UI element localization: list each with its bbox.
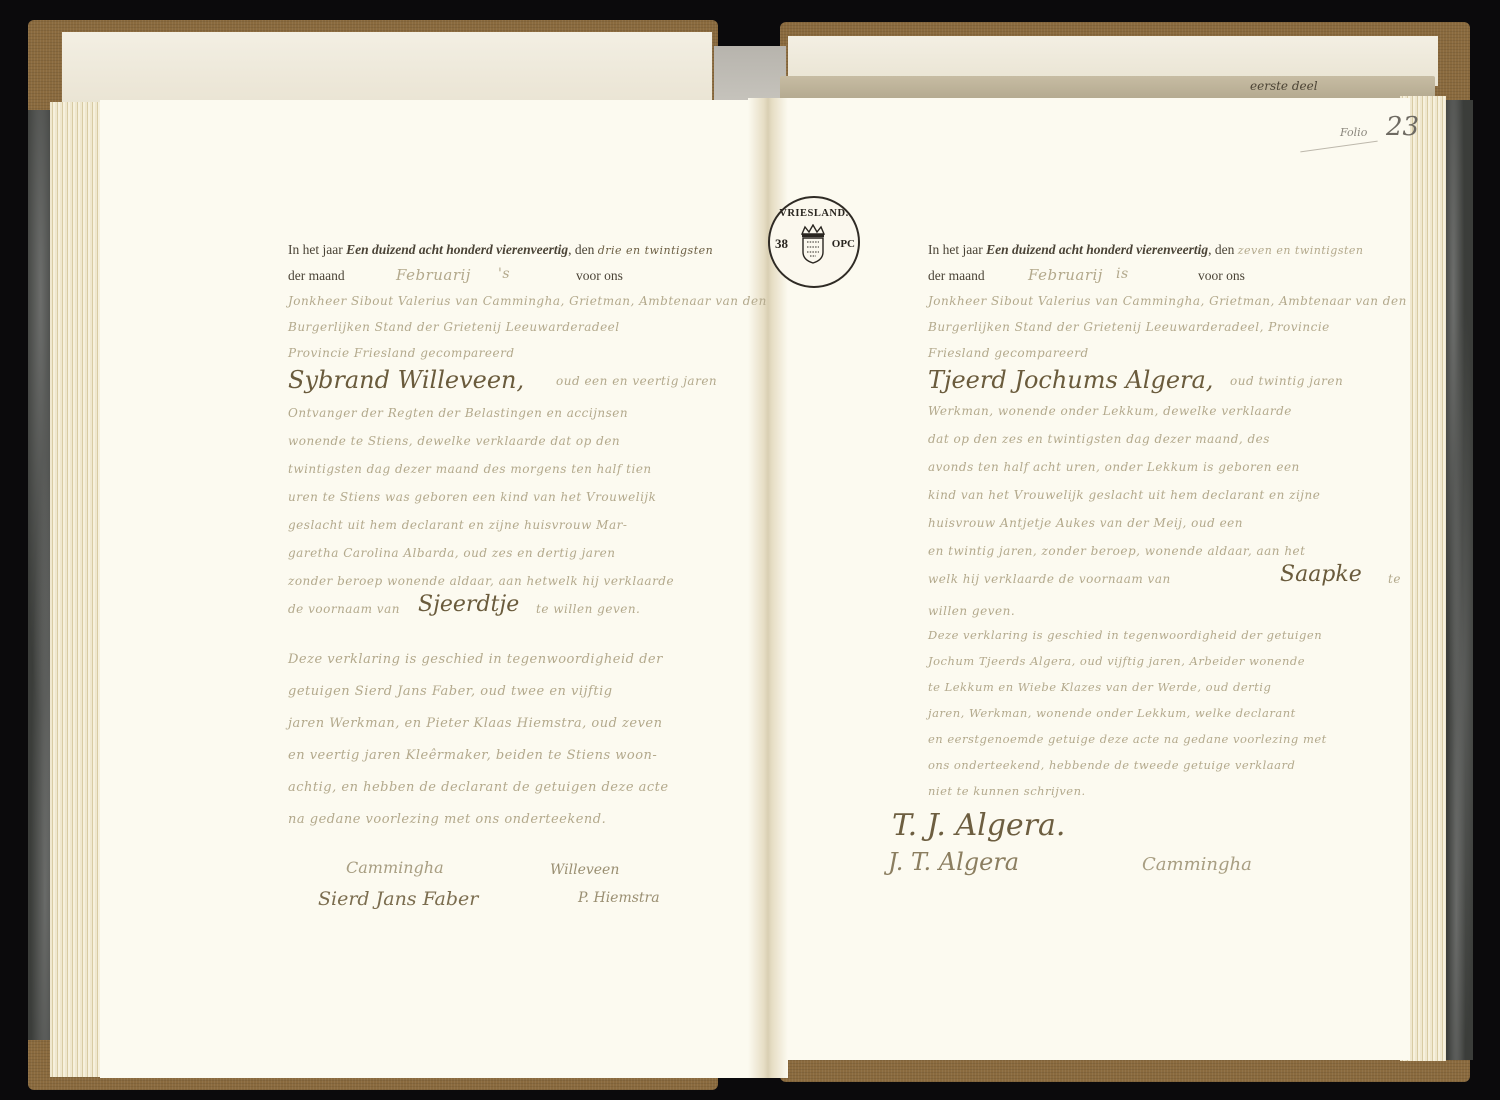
printed-text: In het jaar [928,242,983,257]
hand-date-day: drie en twintigsten [598,244,714,257]
tax-stamp: VRIESLAND. 38 OPC [768,196,860,288]
body-line: kind van het Vrouwelijk geslacht uit hem… [928,488,1320,502]
body-line: oud twintig jaren [1230,374,1343,388]
witness-line: getuigen Sierd Jans Faber, oud twee en v… [288,684,613,699]
body-line: wonende te Stiens, dewelke verklaarde da… [288,434,620,448]
body-tail: willen geven. [928,604,1015,618]
witness-line: en eerstgenoemde getuige deze acte na ge… [928,732,1327,746]
body-line: uren te Stiens was geboren een kind van … [288,490,656,504]
printed-text: der maand [928,268,985,283]
hand-date-day: zeven en twintigsten [1238,244,1364,257]
printed-voor-ons: voor ons [1198,268,1245,284]
body-line: oud een en veertig jaren [556,374,717,388]
hand-month: Februarij [396,266,471,284]
hand-line: Jonkheer Sibout Valerius van Cammingha, … [288,294,767,308]
declarant-name: Sybrand Willeveen, [288,366,524,394]
printed-year: Een duizend acht honderd vierenveertig [986,242,1208,257]
signature-registrar: Cammingha [346,858,444,877]
marbled-endpaper-right [1445,100,1473,1060]
signature-declarant: T. J. Algera. [892,808,1065,843]
witness-line: ons onderteekend, hebbende de tweede get… [928,758,1295,772]
signature-witness: J. T. Algera [888,848,1019,876]
right-header-line: In het jaar Een duizend acht honderd vie… [928,242,1364,258]
folio-number: 23 [1386,112,1419,142]
printed-year: Een duizend acht honderd vierenveertig [346,242,568,257]
declarant-name: Tjeerd Jochums Algera, [928,366,1213,394]
signature-witness-2: P. Hiemstra [578,890,660,906]
hand-line: Jonkheer Sibout Valerius van Cammingha, … [928,294,1407,308]
page-edges-left [50,102,102,1077]
body-line: zonder beroep wonende aldaar, aan hetwel… [288,574,674,588]
body-line: huisvrouw Antjetje Aukes van der Meij, o… [928,516,1243,530]
stamp-number: 38 [775,236,788,252]
body-line: de voornaam van [288,602,400,616]
witness-line: jaren Werkman, en Pieter Klaas Hiemstra,… [288,716,662,731]
body-line: Werkman, wonende onder Lekkum, dewelke v… [928,404,1292,418]
body-line: garetha Carolina Albarda, oud zes en der… [288,546,616,560]
witness-line: jaren, Werkman, wonende onder Lekkum, we… [928,706,1296,720]
child-suffix: te willen geven. [536,602,640,616]
child-suffix: te [1388,572,1401,586]
witness-line: Deze verklaring is geschied in tegenwoor… [288,652,663,667]
witness-line: niet te kunnen schrijven. [928,784,1086,798]
crown-shield-icon [799,224,827,264]
hand-line: Friesland gecompareerd [928,346,1089,360]
printed-text: , den [568,242,594,257]
hand-line: Burgerlijken Stand der Grietenij Leeuwar… [288,320,620,334]
signature-witness-1: Sierd Jans Faber [318,888,478,910]
witness-line: na gedane voorlezing met ons onderteeken… [288,812,606,827]
folio-label: Folio [1340,126,1367,139]
witness-line: en veertig jaren Kleêrmaker, beiden te S… [288,748,657,763]
hand-des: 's [498,266,510,282]
printed-text: In het jaar [288,242,343,257]
witness-line: Deze verklaring is geschied in tegenwoor… [928,628,1322,642]
left-header-line: In het jaar Een duizend acht honderd vie… [288,242,713,258]
body-line: en twintig jaren, zonder beroep, wonende… [928,544,1305,558]
printed-text: , den [1208,242,1234,257]
left-month-line: der maand [288,268,345,284]
body-line: avonds ten half acht uren, onder Lekkum … [928,460,1300,474]
witness-line: achtig, en hebben de declarant de getuig… [288,780,669,795]
top-paper-slip: eerste deel [780,76,1435,100]
witness-line: te Lekkum en Wiebe Klazes van der Werde,… [928,680,1271,694]
child-name: Saapke [1280,562,1362,587]
slip-label: eerste deel [1250,79,1318,93]
body-line: dat op den zes en twintigsten dag dezer … [928,432,1270,446]
body-line: geslacht uit hem declarant en zijne huis… [288,518,627,532]
spine-gap [714,46,786,102]
printed-voor-ons: voor ons [576,268,623,284]
hand-des: is [1116,266,1129,282]
right-month-line: der maand [928,268,985,284]
stamp-province: VRIESLAND. [770,208,858,219]
signature-declarant: Willeveen [550,862,619,878]
body-line: twintigsten dag dezer maand des morgens … [288,462,652,476]
stamp-suffix: OPC [832,238,855,250]
witness-line: Jochum Tjeerds Algera, oud vijftig jaren… [928,654,1305,668]
body-line: welk hij verklaarde de voornaam van [928,572,1171,586]
hand-month: Februarij [1028,266,1103,284]
hand-line: Provincie Friesland gecompareerd [288,346,515,360]
body-line: Ontvanger der Regten der Belastingen en … [288,406,628,420]
child-name: Sjeerdtje [418,592,519,617]
hand-line: Burgerlijken Stand der Grietenij Leeuwar… [928,320,1330,334]
signature-registrar: Cammingha [1142,854,1252,875]
printed-text: der maand [288,268,345,283]
